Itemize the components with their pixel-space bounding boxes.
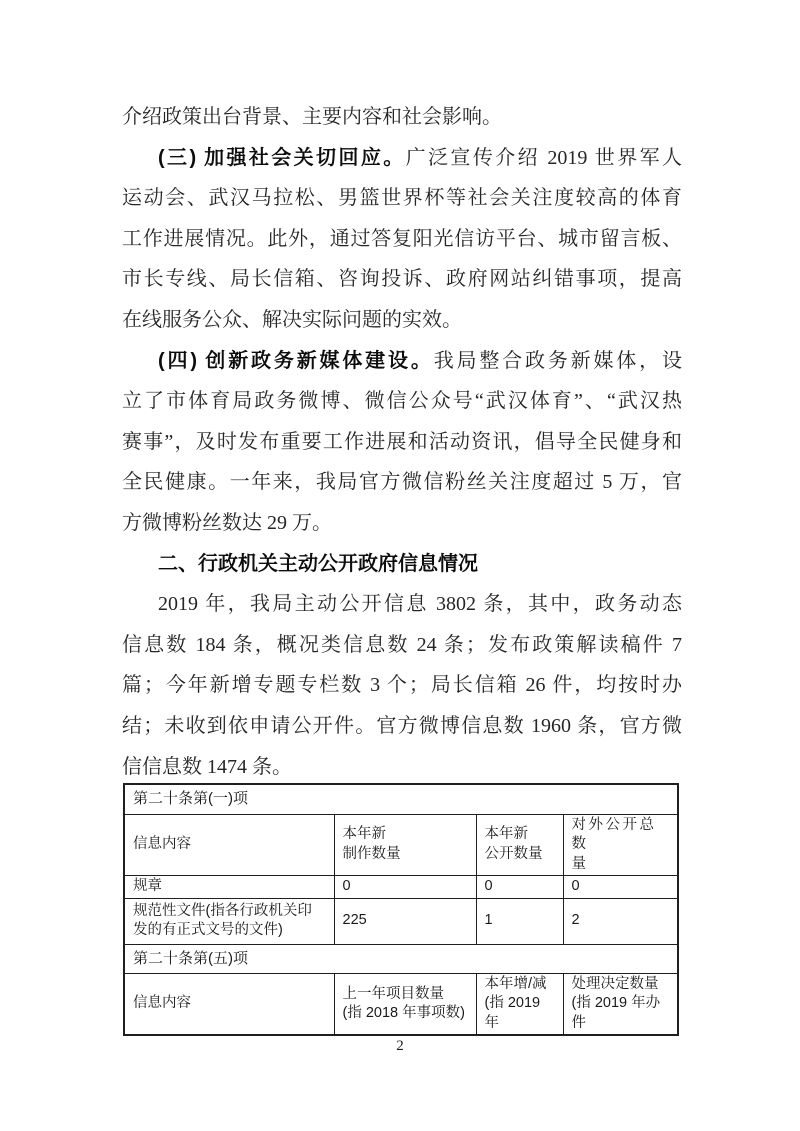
table-cell: 0 xyxy=(563,876,678,899)
line-text: 工作进展情况。此外，通过答复阳光信访平台、城市留言板、 xyxy=(122,228,682,250)
line-text: 我局整合政务新媒体，设 xyxy=(434,350,682,372)
line-text: 信信息数 1474 条。 xyxy=(122,756,292,778)
body-line: 运动会、武汉马拉松、男篮世界杯等社会关注度较高的体育 xyxy=(122,178,682,219)
line-text: 二、行政机关主动公开政府信息情况 xyxy=(158,553,478,575)
line-text: 立了市体育局政务微博、微信公众号“武汉体育”、“武汉热 xyxy=(122,390,682,412)
body-line: 在线服务公众、解决实际问题的实效。 xyxy=(122,300,682,341)
body-line: 工作进展情况。此外，通过答复阳光信访平台、城市留言板、 xyxy=(122,219,682,260)
info-disclosure-table: 第二十条第(一)项 信息内容 本年新 制作数量 本年新 公开数量 对外公开总数 … xyxy=(123,783,679,1036)
table-cell: 1 xyxy=(476,898,563,944)
body-line: 全民健康。一年来，我局官方微信粉丝关注度超过 5 万，官 xyxy=(122,462,682,503)
body-line: 2019 年，我局主动公开信息 3802 条，其中，政务动态 xyxy=(122,584,682,625)
table-header-cell: 本年新 公开数量 xyxy=(476,814,563,876)
table-header-cell: 本年新 制作数量 xyxy=(334,814,476,876)
body-line: 结；未收到依申请公开件。官方微博信息数 1960 条，官方微 xyxy=(122,706,682,747)
line-text: 篇；今年新增专题专栏数 3 个；局长信箱 26 件，均按时办 xyxy=(122,674,682,696)
body-line: 信信息数 1474 条。 xyxy=(122,747,682,788)
table-cell: 0 xyxy=(334,876,476,899)
body-line: 方微博粉丝数达 29 万。 xyxy=(122,503,682,544)
line-text: 广泛宣传介绍 2019 世界军人 xyxy=(406,147,682,169)
document-page: 介绍政策出台背景、主要内容和社会影响。 (三) 加强社会关切回应。广泛宣传介绍 … xyxy=(0,0,800,1131)
body-line: 赛事”，及时发布重要工作进展和活动资讯，倡导全民健身和 xyxy=(122,422,682,463)
table-header-row: 信息内容 上一年项目数量 (指 2018 年事项数) 本年增/减 (指 2019… xyxy=(124,973,678,1035)
table-section-title: 第二十条第(一)项 xyxy=(124,784,678,814)
body-line: 篇；今年新增专题专栏数 3 个；局长信箱 26 件，均按时办 xyxy=(122,665,682,706)
page-number: 2 xyxy=(0,1038,800,1055)
body-line: 市长专线、局长信箱、咨询投诉、政府网站纠错事项，提高 xyxy=(122,259,682,300)
line-text: 赛事”，及时发布重要工作进展和活动资讯，倡导全民健身和 xyxy=(122,431,682,453)
line-text: 信息数 184 条，概况类信息数 24 条；发布政策解读稿件 7 xyxy=(122,634,682,656)
table-cell: 2 xyxy=(563,898,678,944)
line-text: 方微博粉丝数达 29 万。 xyxy=(122,512,332,534)
table-cell: 225 xyxy=(334,898,476,944)
table-header-cell: 信息内容 xyxy=(124,814,334,876)
line-text: 介绍政策出台背景、主要内容和社会影响。 xyxy=(122,106,502,128)
table-header-row: 信息内容 本年新 制作数量 本年新 公开数量 对外公开总数 量 xyxy=(124,814,678,876)
section-heading: 二、行政机关主动公开政府信息情况 xyxy=(122,544,682,585)
line-text: 运动会、武汉马拉松、男篮世界杯等社会关注度较高的体育 xyxy=(122,187,682,209)
line-text: 市长专线、局长信箱、咨询投诉、政府网站纠错事项，提高 xyxy=(122,268,682,290)
table-row: 规章 0 0 0 xyxy=(124,876,678,899)
inline-bold-heading: (四) 创新政务新媒体建设。 xyxy=(158,350,434,372)
line-text: 2019 年，我局主动公开信息 3802 条，其中，政务动态 xyxy=(158,593,682,615)
table-cell: 规章 xyxy=(124,876,334,899)
line-text: 在线服务公众、解决实际问题的实效。 xyxy=(122,309,462,331)
body-line: 介绍政策出台背景、主要内容和社会影响。 xyxy=(122,97,682,138)
table-header-cell: 对外公开总数 量 xyxy=(563,814,678,876)
line-text: 全民健康。一年来，我局官方微信粉丝关注度超过 5 万，官 xyxy=(122,471,682,493)
body-line: 信息数 184 条，概况类信息数 24 条；发布政策解读稿件 7 xyxy=(122,625,682,666)
table-header-cell: 信息内容 xyxy=(124,973,334,1035)
table-header-cell: 本年增/减 (指 2019 年 xyxy=(476,973,563,1035)
table-header-cell: 上一年项目数量 (指 2018 年事项数) xyxy=(334,973,476,1035)
line-text: 结；未收到依申请公开件。官方微博信息数 1960 条，官方微 xyxy=(122,715,682,737)
document-text: 介绍政策出台背景、主要内容和社会影响。 (三) 加强社会关切回应。广泛宣传介绍 … xyxy=(122,97,682,787)
body-line: 立了市体育局政务微博、微信公众号“武汉体育”、“武汉热 xyxy=(122,381,682,422)
body-line: (四) 创新政务新媒体建设。我局整合政务新媒体，设 xyxy=(122,341,682,382)
table-section-title: 第二十条第(五)项 xyxy=(124,944,678,973)
table-row: 规范性文件(指各行政机关印发的有正式文号的文件) 225 1 2 xyxy=(124,898,678,944)
table-cell: 规范性文件(指各行政机关印发的有正式文号的文件) xyxy=(124,898,334,944)
table-section-row: 第二十条第(一)项 xyxy=(124,784,678,814)
table-header-cell: 处理决定数量 (指 2019 年办件 xyxy=(563,973,678,1035)
inline-bold-heading: (三) 加强社会关切回应。 xyxy=(158,147,406,169)
table-section-row: 第二十条第(五)项 xyxy=(124,944,678,973)
table-cell: 0 xyxy=(476,876,563,899)
body-line: (三) 加强社会关切回应。广泛宣传介绍 2019 世界军人 xyxy=(122,138,682,179)
